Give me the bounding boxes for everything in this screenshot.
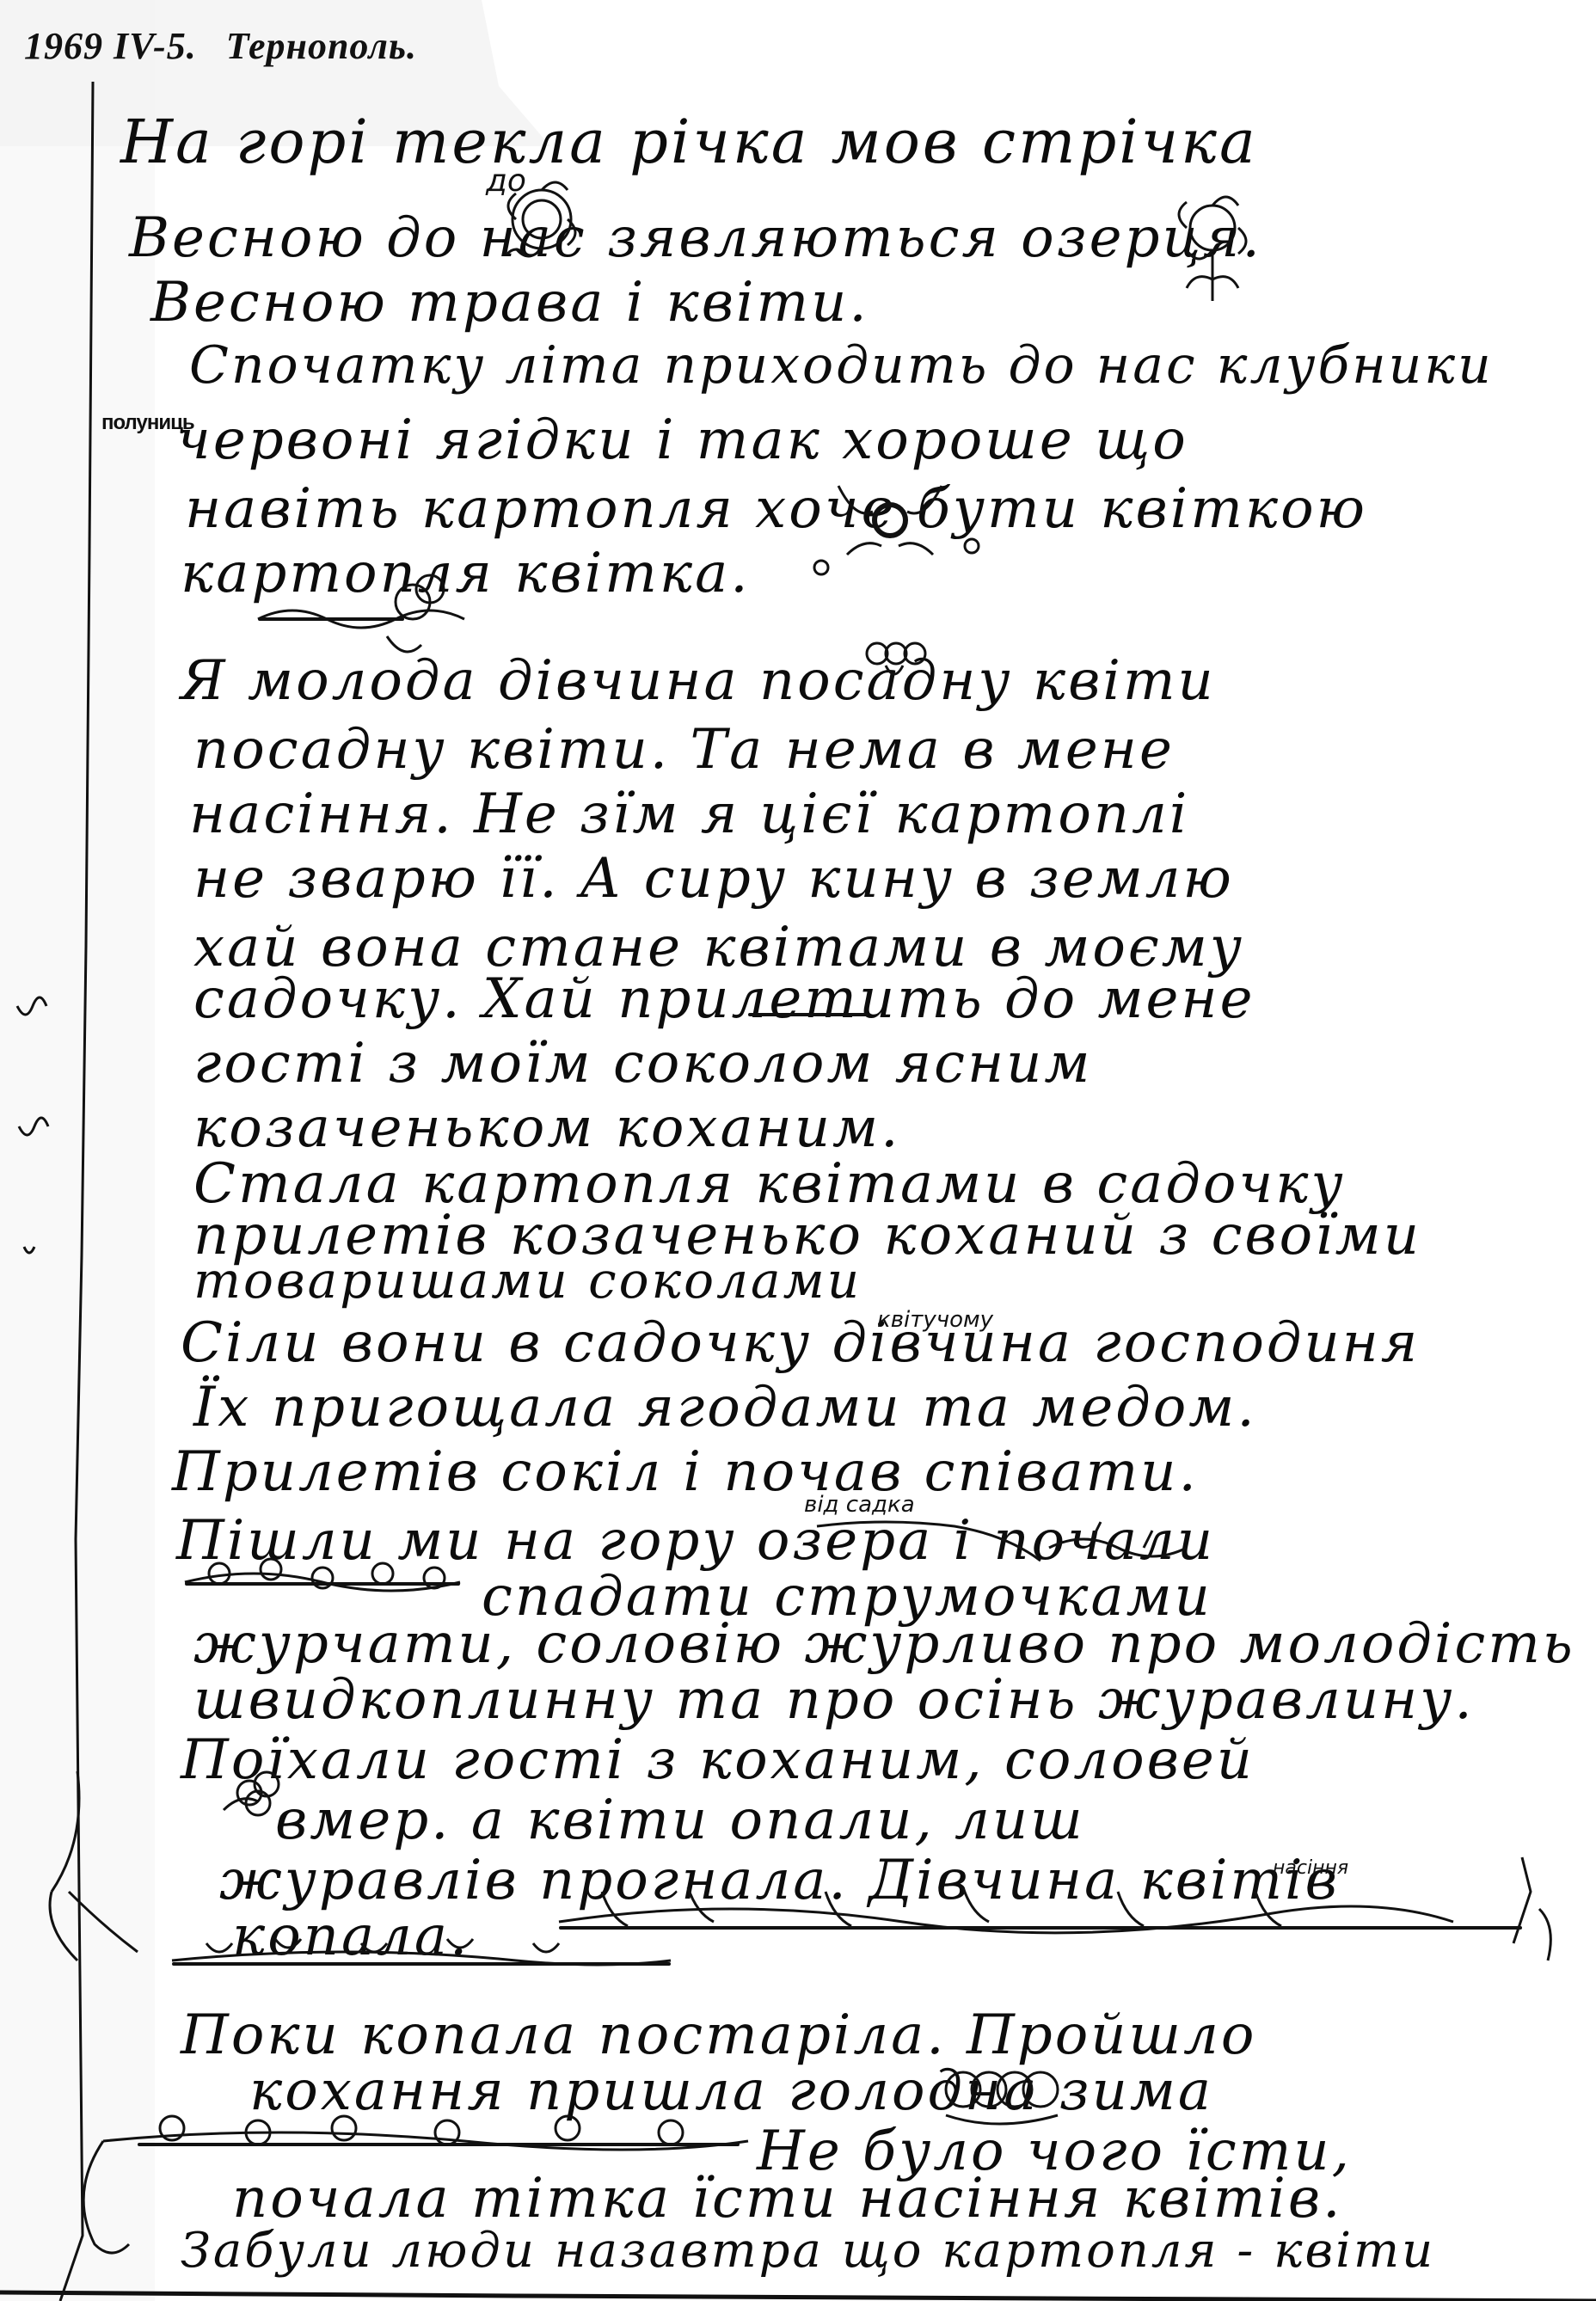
flower-icon	[507, 182, 575, 256]
vine-border	[817, 1522, 1187, 1561]
vine-border	[83, 2116, 748, 2253]
flower-icon	[814, 486, 979, 574]
strikethrough-line	[258, 617, 404, 621]
strikethrough-line	[748, 1013, 869, 1016]
strikethrough-line	[185, 1582, 460, 1586]
strikethrough-line	[138, 2143, 740, 2146]
vine-border	[185, 1559, 460, 1591]
flower-icon	[258, 575, 464, 652]
strikethrough-line	[172, 1962, 671, 1966]
flower-icon	[1179, 197, 1246, 301]
strikethrough-line	[559, 1926, 1522, 1930]
vine-border	[559, 1857, 1550, 1960]
flower-doodles	[0, 0, 1596, 2301]
flower-icon	[867, 643, 925, 674]
flower-icon	[224, 1772, 279, 1815]
manuscript-page: 1969 IV-5. Тернополь. полуниць На горі т…	[0, 0, 1596, 2301]
flower-icon	[946, 2072, 1058, 2124]
